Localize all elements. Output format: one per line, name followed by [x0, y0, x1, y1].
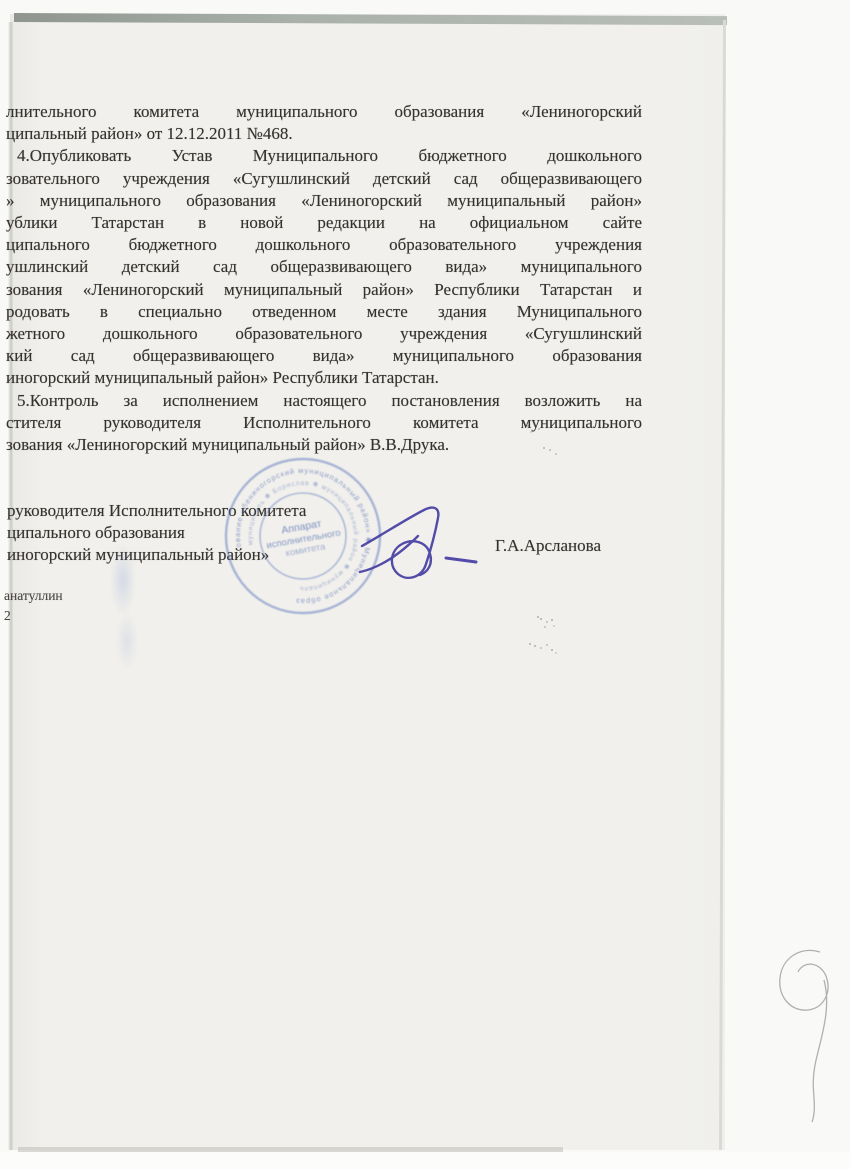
document-line: стителя руководителя Исполнительного ком…	[6, 412, 642, 434]
pencil-speck-artifact	[543, 447, 545, 449]
document-line: жетного дошкольного образовательного учр…	[6, 323, 642, 345]
document-line: зовательного учреждения «Сугушлинский де…	[6, 168, 642, 190]
signer-name: Г.А.Арсланова	[495, 536, 601, 556]
document-line: ублики Татарстан в новой редакции на офи…	[6, 212, 642, 234]
document-line: ушлинский детский сад общеразвивающего в…	[6, 256, 642, 278]
scanner-hair-artifact	[760, 940, 850, 1140]
document-line: иногорский муниципальный район» Республи…	[6, 367, 642, 389]
scanner-background	[0, 1152, 850, 1169]
executor-name-line: анатуллин	[4, 586, 63, 606]
scanned-document-screenshot: { "document": { "body_lines": [ {"text":…	[0, 0, 850, 1169]
executor-note: анатуллин 2	[4, 586, 63, 625]
document-line: лнительного комитета муниципального обра…	[6, 101, 642, 123]
ink-bleed-artifact	[110, 543, 136, 617]
ink-bleed-artifact	[116, 612, 138, 670]
document-line: ципальный район» от 12.12.2011 №468.	[6, 123, 642, 145]
document-line: ципального бюджетного дошкольного образо…	[6, 234, 642, 256]
hair-tail	[812, 980, 827, 1122]
executor-phone-line: 2	[4, 606, 63, 626]
pencil-speck-artifact	[522, 422, 524, 424]
pencil-speck-artifact	[537, 616, 539, 618]
document-line: » муниципального образования «Лениногорс…	[6, 190, 642, 212]
document-line: зования «Лениногорский муниципальный рай…	[6, 279, 642, 301]
pencil-speck-artifact	[524, 200, 526, 202]
document-line: кий сад общеразвивающего вида» муниципал…	[6, 345, 642, 367]
document-line: 4.Опубликовать Устав Муниципального бюдж…	[6, 145, 642, 167]
handwritten-signature	[350, 492, 500, 592]
pencil-speck-artifact	[529, 643, 531, 645]
signature-underline-stroke	[446, 558, 476, 562]
hair-loop	[780, 950, 828, 1010]
document-line: 5.Контроль за исполнением настоящего пос…	[6, 390, 642, 412]
document-body-text: лнительного комитета муниципального обра…	[6, 101, 642, 456]
document-line: родовать в специально отведенном месте з…	[6, 301, 642, 323]
